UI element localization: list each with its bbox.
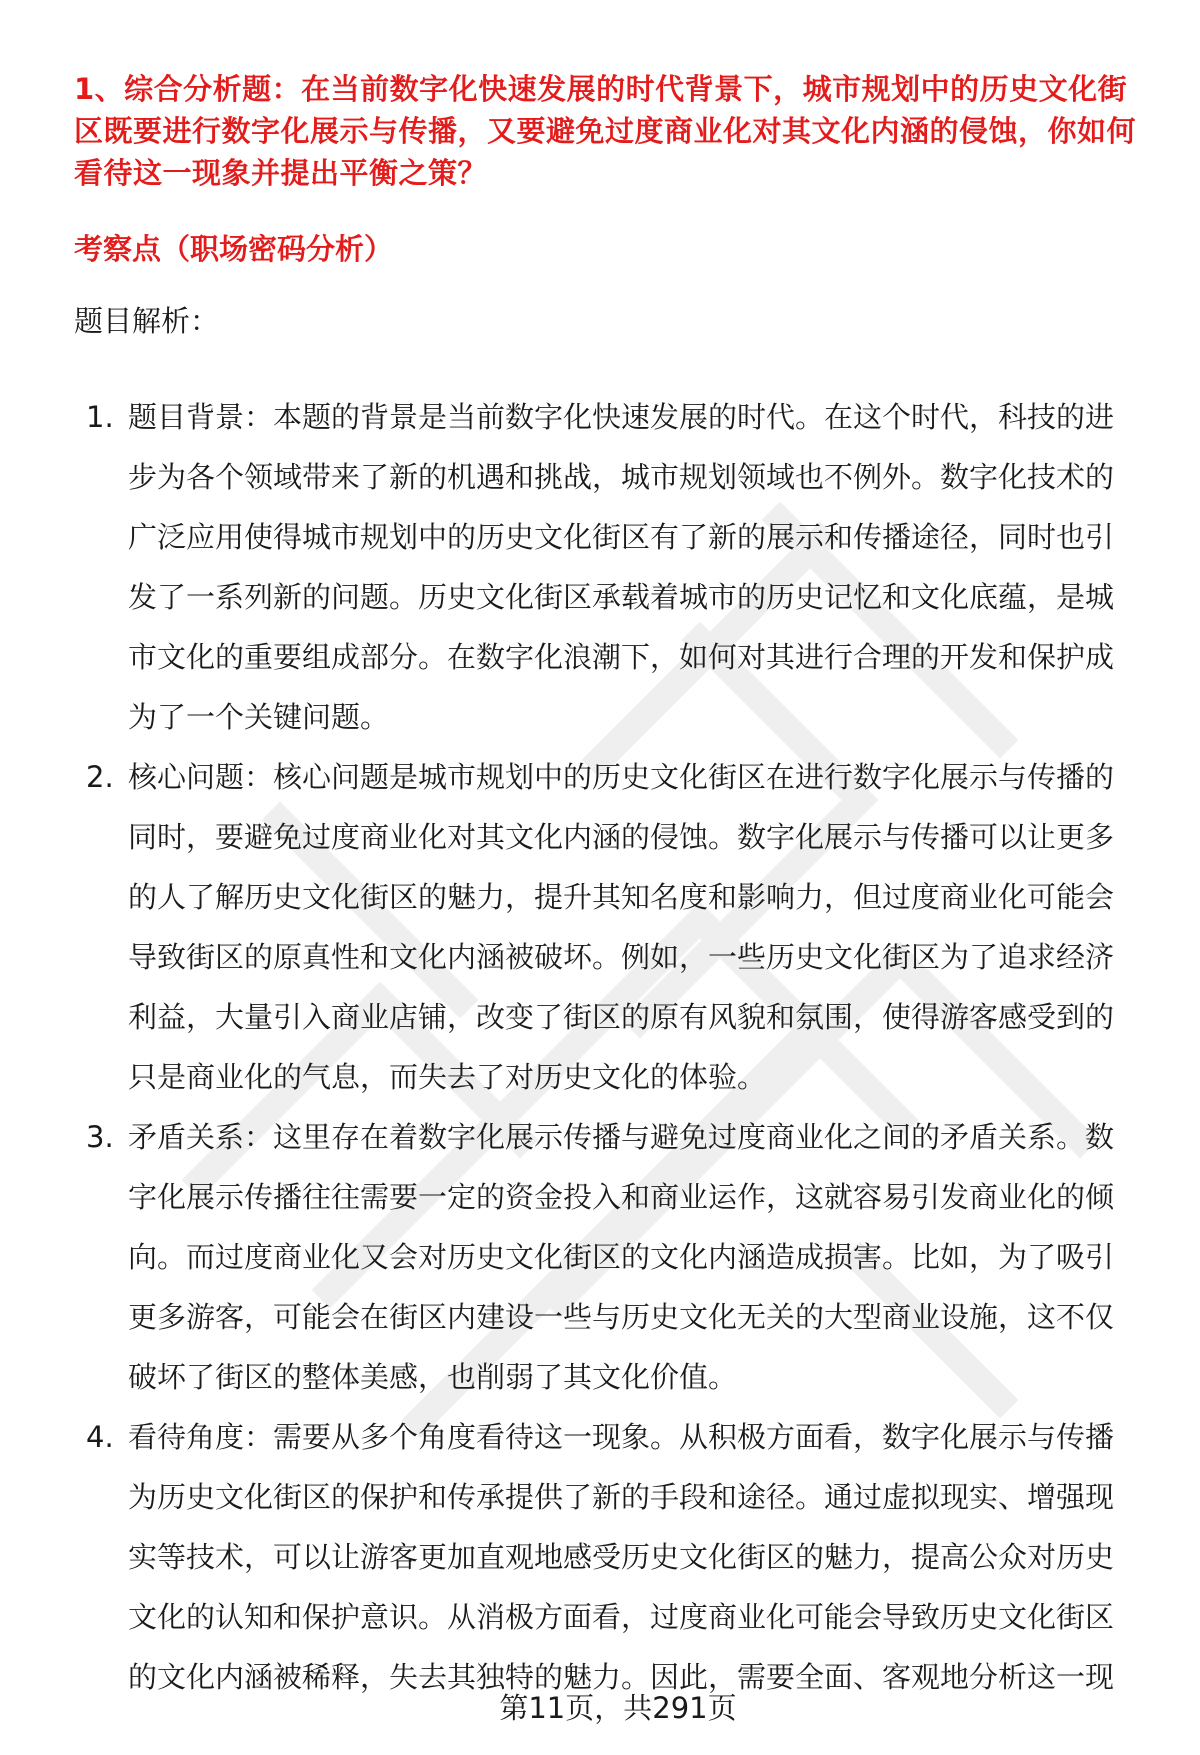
page-indicator: 第11页，共291页 <box>0 1690 1200 1726</box>
item-number: 1. <box>86 387 114 447</box>
text-line: 导致街区的原真性和文化内涵被破坏。例如，一些历史文化街区为了追求经济 <box>128 927 1152 987</box>
item-text: 矛盾关系：这里存在着数字化展示传播与避免过度商业化之间的矛盾关系。数 字化展示传… <box>128 1107 1152 1407</box>
analysis-label: 题目解析： <box>74 300 219 342</box>
text-line: 为历史文化街区的保护和传承提供了新的手段和途径。通过虚拟现实、增强现 <box>128 1467 1152 1527</box>
text-line: 市文化的重要组成部分。在数字化浪潮下，如何对其进行合理的开发和保护成 <box>128 627 1152 687</box>
question-title: 1、综合分析题：在当前数字化快速发展的时代背景下，城市规划中的历史文化街 区既要… <box>74 68 1154 194</box>
document-page: 1、综合分析题：在当前数字化快速发展的时代背景下，城市规划中的历史文化街 区既要… <box>0 0 1200 1755</box>
text-line: 广泛应用使得城市规划中的历史文化街区有了新的展示和传播途径，同时也引 <box>128 507 1152 567</box>
item-text: 核心问题：核心问题是城市规划中的历史文化街区在进行数字化展示与传播的 同时，要避… <box>128 747 1152 1107</box>
text-line: 向。而过度商业化又会对历史文化街区的文化内涵造成损害。比如，为了吸引 <box>128 1227 1152 1287</box>
text-line: 更多游客，可能会在街区内建设一些与历史文化无关的大型商业设施，这不仅 <box>128 1287 1152 1347</box>
text-line: 字化展示传播往往需要一定的资金投入和商业运作，这就容易引发商业化的倾 <box>128 1167 1152 1227</box>
text-line: 同时，要避免过度商业化对其文化内涵的侵蚀。数字化展示与传播可以让更多 <box>128 807 1152 867</box>
text-line: 矛盾关系：这里存在着数字化展示传播与避免过度商业化之间的矛盾关系。数 <box>128 1107 1152 1167</box>
text-line: 步为各个领域带来了新的机遇和挑战，城市规划领域也不例外。数字化技术的 <box>128 447 1152 507</box>
text-line: 实等技术，可以让游客更加直观地感受历史文化街区的魅力，提高公众对历史 <box>128 1527 1152 1587</box>
item-number: 2. <box>86 747 114 807</box>
text-line: 利益，大量引入商业店铺，改变了街区的原有风貌和氛围，使得游客感受到的 <box>128 987 1152 1047</box>
text-line: 破坏了街区的整体美感，也削弱了其文化价值。 <box>128 1347 1152 1407</box>
question-title-line: 1、综合分析题：在当前数字化快速发展的时代背景下，城市规划中的历史文化街 <box>74 68 1154 110</box>
question-title-line: 看待这一现象并提出平衡之策？ <box>74 152 1154 194</box>
section-heading: 考察点（职场密码分析） <box>74 228 393 270</box>
item-number: 4. <box>86 1407 114 1467</box>
question-title-line: 区既要进行数字化展示与传播，又要避免过度商业化对其文化内涵的侵蚀，你如何 <box>74 110 1154 152</box>
item-number: 3. <box>86 1107 114 1167</box>
text-line: 题目背景：本题的背景是当前数字化快速发展的时代。在这个时代，科技的进 <box>128 387 1152 447</box>
text-line: 只是商业化的气息，而失去了对历史文化的体验。 <box>128 1047 1152 1107</box>
text-line: 的人了解历史文化街区的魅力，提升其知名度和影响力，但过度商业化可能会 <box>128 867 1152 927</box>
text-line: 看待角度：需要从多个角度看待这一现象。从积极方面看，数字化展示与传播 <box>128 1407 1152 1467</box>
text-line: 文化的认知和保护意识。从消极方面看，过度商业化可能会导致历史文化街区 <box>128 1587 1152 1647</box>
text-line: 核心问题：核心问题是城市规划中的历史文化街区在进行数字化展示与传播的 <box>128 747 1152 807</box>
text-line: 为了一个关键问题。 <box>128 687 1152 747</box>
item-text: 题目背景：本题的背景是当前数字化快速发展的时代。在这个时代，科技的进 步为各个领… <box>128 387 1152 747</box>
item-text: 看待角度：需要从多个角度看待这一现象。从积极方面看，数字化展示与传播 为历史文化… <box>128 1407 1152 1707</box>
text-line: 发了一系列新的问题。历史文化街区承载着城市的历史记忆和文化底蕴，是城 <box>128 567 1152 627</box>
